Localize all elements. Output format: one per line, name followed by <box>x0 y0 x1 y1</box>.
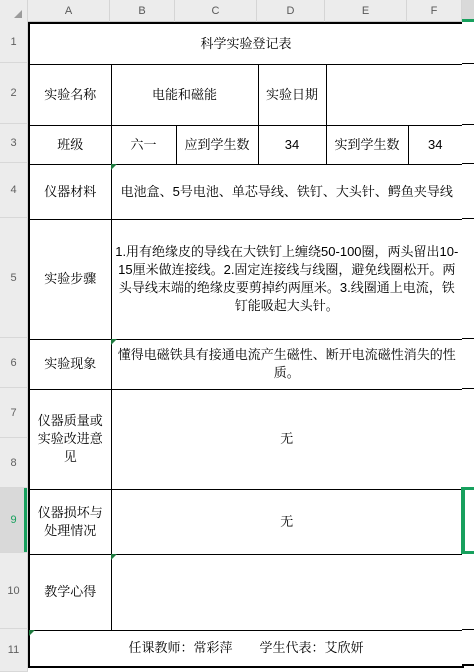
column-header-g-partial-selected[interactable] <box>462 0 474 22</box>
select-all-icon <box>14 10 22 18</box>
g-gridline <box>462 664 474 666</box>
row-header-7[interactable]: 7 <box>0 388 28 438</box>
column-g-partial-cells[interactable] <box>462 22 474 666</box>
column-header-c[interactable]: C <box>175 0 257 22</box>
column-header-strip: A B C D E F <box>0 0 474 22</box>
error-indicator-icon <box>111 554 117 560</box>
cell-expected-students-label[interactable]: 应到学生数 <box>176 125 258 164</box>
g-gridline <box>462 338 474 339</box>
g-gridline <box>462 629 474 630</box>
column-header-d[interactable]: D <box>257 0 325 22</box>
experiment-form-table: 科学实验登记表 实验名称 电能和磁能 实验日期 班级 六一 应到学生数 34 实… <box>28 22 464 668</box>
cell-materials-value[interactable]: 电池盒、5号电池、单芯导线、铁钉、大头针、鳄鱼夹导线 <box>111 164 463 219</box>
row-header-11[interactable]: 11 <box>0 629 28 672</box>
error-indicator-icon <box>111 164 117 170</box>
row-header-2[interactable]: 2 <box>0 63 28 124</box>
cell-phenomenon-value[interactable]: 懂得电磁铁具有接通电流产生磁性、断开电流磁性消失的性质。 <box>111 339 463 389</box>
column-header-e[interactable]: E <box>325 0 407 22</box>
row-header-8[interactable]: 8 <box>0 438 28 488</box>
cell-materials-label[interactable]: 仪器材料 <box>29 164 111 219</box>
g-gridline <box>462 488 474 489</box>
spreadsheet-app: A B C D E F 1 2 3 4 5 6 7 8 9 10 11 科学实验… <box>0 0 474 672</box>
student-signature: 学生代表：艾欣妍 <box>260 640 364 655</box>
cell-date-label[interactable]: 实验日期 <box>258 64 326 125</box>
teacher-signature: 任课教师：常彩萍 <box>129 640 233 655</box>
row-header-9-selected[interactable]: 9 <box>0 488 28 553</box>
cell-class-label[interactable]: 班级 <box>29 125 111 164</box>
cell-class-value[interactable]: 六一 <box>111 125 176 164</box>
cell-phenomenon-label[interactable]: 实验现象 <box>29 339 111 389</box>
column-header-b[interactable]: B <box>110 0 175 22</box>
cell-form-title[interactable]: 科学实验登记表 <box>29 23 463 64</box>
cell-actual-students-value[interactable]: 34 <box>408 125 463 164</box>
row-header-10[interactable]: 10 <box>0 553 28 629</box>
g-gridline <box>462 553 474 554</box>
cell-experiment-name-label[interactable]: 实验名称 <box>29 64 111 125</box>
row-header-5[interactable]: 5 <box>0 218 28 338</box>
cell-damage-label[interactable]: 仪器损坏与处理情况 <box>29 489 111 554</box>
cell-steps-label[interactable]: 实验步骤 <box>29 219 111 339</box>
cell-steps-value[interactable]: 1.用有绝缘皮的导线在大铁钉上缠绕50-100圈，两头留出10-15厘米做连接线… <box>111 219 463 339</box>
cell-actual-students-label[interactable]: 实到学生数 <box>326 125 408 164</box>
g-gridline <box>462 163 474 164</box>
error-indicator-icon <box>111 339 117 345</box>
column-header-f[interactable]: F <box>407 0 462 22</box>
select-all-corner[interactable] <box>0 0 28 22</box>
cell-reflection-value[interactable] <box>111 554 463 630</box>
row-header-1[interactable]: 1 <box>0 22 28 63</box>
cell-reflection-label[interactable]: 教学心得 <box>29 554 111 630</box>
cell-experiment-name[interactable]: 电能和磁能 <box>111 64 258 125</box>
g-gridline <box>462 388 474 389</box>
row-header-gutter: 1 2 3 4 5 6 7 8 9 10 11 <box>0 22 28 672</box>
cell-quality-value[interactable]: 无 <box>111 389 463 489</box>
g-gridline <box>462 218 474 219</box>
g-gridline <box>462 124 474 125</box>
cell-damage-value[interactable]: 无 <box>111 489 463 554</box>
row-header-4[interactable]: 4 <box>0 163 28 218</box>
cell-date-value[interactable] <box>326 64 463 125</box>
cell-expected-students-value[interactable]: 34 <box>258 125 326 164</box>
g-gridline <box>462 63 474 64</box>
row-header-3[interactable]: 3 <box>0 124 28 163</box>
cell-quality-label[interactable]: 仪器质量或实验改进意见 <box>29 389 111 489</box>
error-indicator-icon <box>29 630 35 636</box>
column-header-a[interactable]: A <box>28 0 110 22</box>
row-header-6[interactable]: 6 <box>0 338 28 388</box>
cell-signatures[interactable]: 任课教师：常彩萍学生代表：艾欣妍 <box>29 630 463 667</box>
